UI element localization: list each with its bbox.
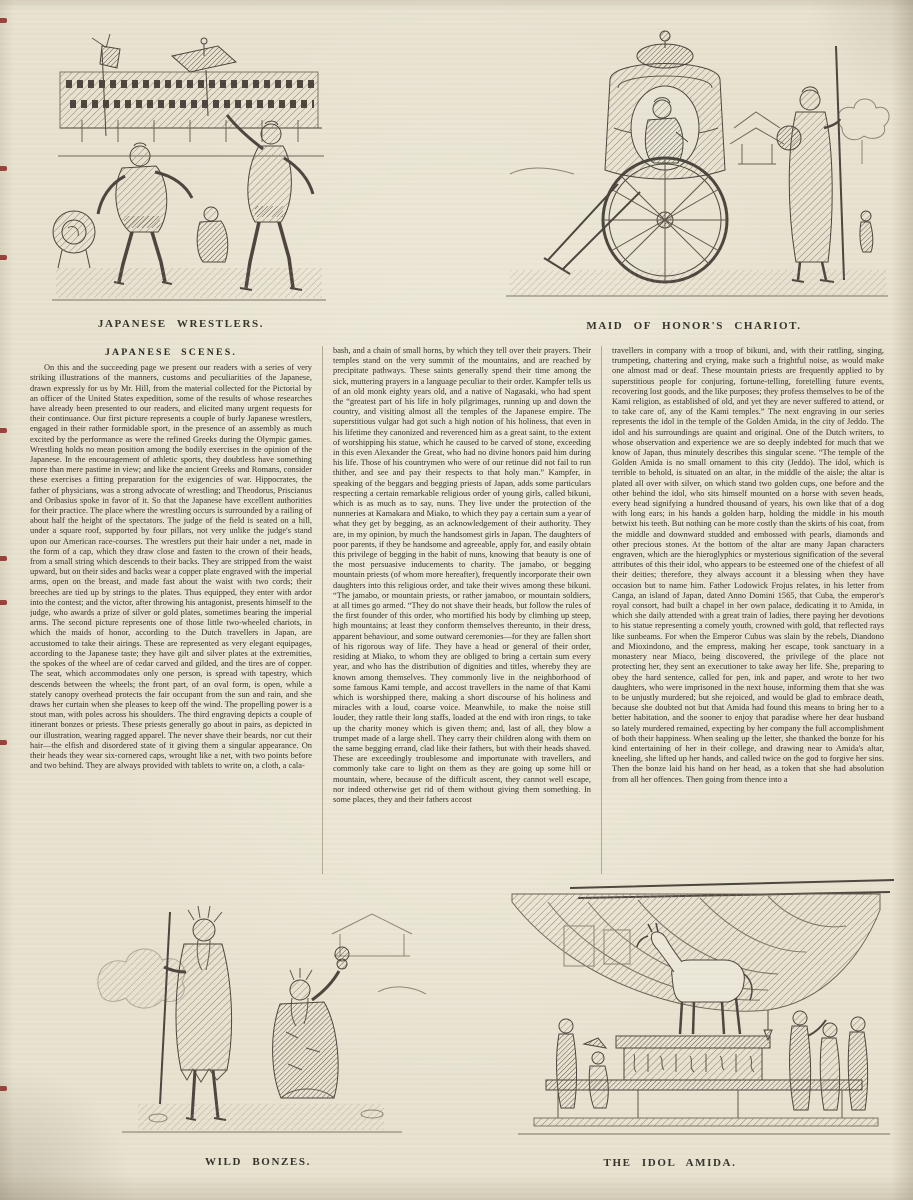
article-column-1-text: On this and the succeeding page we prese…: [30, 363, 312, 771]
scan-mark: [0, 18, 7, 23]
chariot-engraving: [490, 8, 898, 308]
article-column-3: travellers in company with a troop of bi…: [602, 346, 884, 874]
article-column-1: JAPANESE SCENES. On this and the succeed…: [30, 346, 323, 874]
amida-engraving: [438, 868, 902, 1150]
wrestlers-engraving-art: [22, 16, 340, 312]
wrestlers-caption: JAPANESE WRESTLERS.: [22, 318, 340, 330]
chariot-engraving-art: [490, 8, 898, 308]
scan-mark: [0, 255, 7, 260]
scanned-page: JAPANESE WRESTLERS.: [0, 0, 913, 1200]
scan-mark: [0, 556, 7, 561]
scan-mark: [0, 600, 7, 605]
amida-caption: THE IDOL AMIDA.: [438, 1157, 902, 1169]
amida-engraving-art: [438, 868, 902, 1150]
scan-mark: [0, 1086, 7, 1091]
bonzes-engraving: [82, 872, 434, 1150]
article-column-2-text: bash, and a chain of small horns, by whi…: [333, 346, 591, 805]
article: JAPANESE SCENES. On this and the succeed…: [30, 346, 884, 874]
article-column-3-text: travellers in company with a troop of bi…: [612, 346, 884, 785]
bonzes-engraving-art: [82, 872, 434, 1150]
bonzes-caption: WILD BONZES.: [82, 1156, 434, 1168]
scan-mark: [0, 166, 7, 171]
scan-mark: [0, 428, 7, 433]
article-title: JAPANESE SCENES.: [30, 348, 312, 358]
article-column-2: bash, and a chain of small horns, by whi…: [323, 346, 602, 874]
wrestlers-engraving: [22, 16, 340, 312]
chariot-caption: MAID OF HONOR'S CHARIOT.: [490, 320, 898, 332]
scan-mark: [0, 740, 7, 745]
